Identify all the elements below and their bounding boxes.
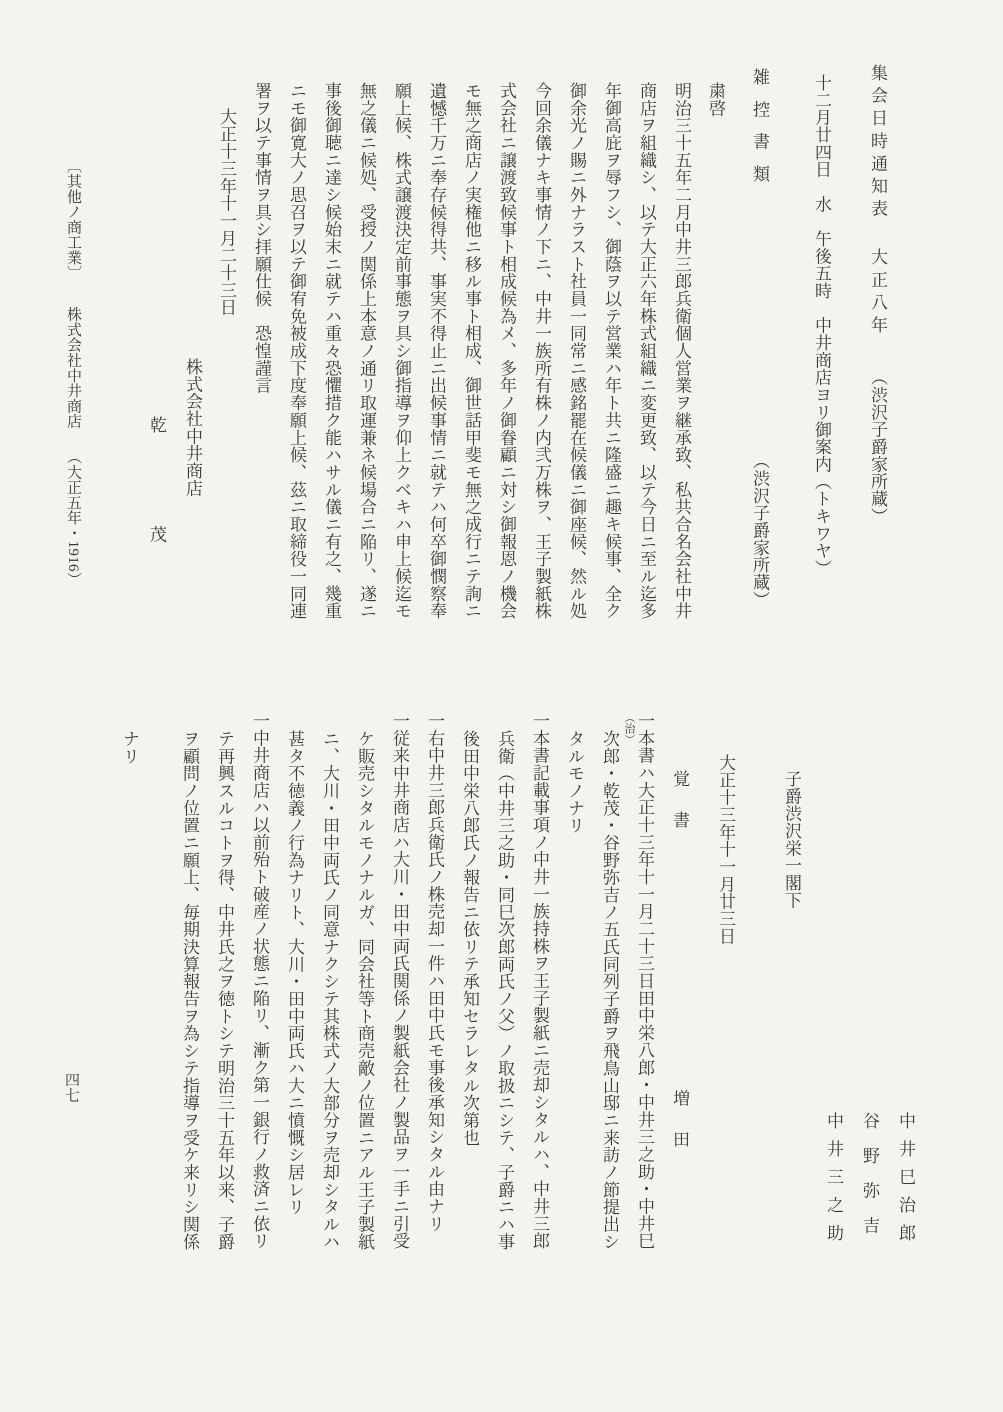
doc1-body-text: 願上候、株式譲渡決定前事態ヲ具シ御指導ヲ仰上クベキハ申上候迄モ — [392, 82, 411, 620]
doc2-item-line: 甚タ不徳義ノ行為ナリト、大川・田中両氏ハ大ニ憤慨シ居レリ — [284, 710, 304, 1375]
doc2-item-line: 一本書ハ大正十三年十一月二十三日田中栄八郎・中井三之助・中井巳 — [634, 710, 654, 1375]
doc2-item-text: ヲ顧問ノ位置ニ願上、毎期決算報告ヲ為シテ指導ヲ受ケ来リシ関係 — [180, 730, 199, 1250]
doc1-signature-company-text: 株式会社中井商店 — [183, 358, 202, 497]
doc1-body-text: 商店ヲ組織シ、以テ大正六年株式組織ニ変更致、以テ今日ニ至ル迄多 — [637, 82, 656, 620]
margin-caption-year: （大正五年・1916） — [65, 449, 81, 587]
doc1-signer-given-name: 茂 — [147, 525, 166, 542]
doc1-body-text: 無之儀ニ候処、受授ノ関係上本意ノ通リ取運兼ネ候場合ニ陥リ、遂ニ — [357, 82, 376, 620]
doc2-signatory-name: 中井三之助 — [824, 1112, 843, 1252]
doc1-body-line: 今回余儀ナキ事情ノ下ニ、中井一族所有株ノ内弐万株ヲ、王子製紙株 — [531, 62, 551, 712]
doc2-addressee: 子爵渋沢栄一閣下 — [781, 710, 801, 1375]
doc1-body-text: ニモ御寛大ノ思召ヲ以テ御宥免被成下度奉願上候、茲ニ取締役一同連 — [287, 82, 306, 620]
doc1-body-line: 商店ヲ組織シ、以テ大正六年株式組織ニ変更致、以テ今日ニ至ル迄多 — [636, 62, 656, 712]
doc1-subtitle: 雑控書類 — [750, 68, 769, 197]
doc1-body-line: 遺憾千万ニ奉存候得共、事実不得止ニ出候事情ニ就テハ何卒御憫察奉 — [426, 62, 446, 712]
doc1-body-line: 式会社ニ譲渡致候事ト相成候為メ、多年ノ御眷顧ニ対シ御報恩ノ機会 — [496, 62, 516, 712]
doc2-item-line: テ再興スルコトヲ得、中井氏之ヲ徳トシテ明治三十五年以来、子爵 — [214, 710, 234, 1375]
doc1-body-line: モ無之商店ノ実権他ニ移ル事ト相成、御世話甲斐モ無之成行ニテ詢ニ — [461, 62, 481, 712]
doc1-salutation: 粛啓 — [705, 62, 725, 712]
doc1-body-text: 今回余儀ナキ事情ノ下ニ、中井一族所有株ノ内弐万株ヲ、王子製紙株 — [532, 82, 551, 620]
doc1-salutation-text: 粛啓 — [706, 82, 725, 117]
doc2-signatory: 中井巳治郎 — [895, 710, 915, 1375]
margin-caption-category: 〔其他ノ商工業〕 — [65, 158, 81, 280]
doc2-memo-heading: 覚書増田 — [669, 710, 689, 1375]
doc1-signature-name: 乾茂 — [146, 62, 166, 712]
doc1-body-line: 年御高庇ヲ辱フシ、御蔭ヲ以テ営業ハ年ト共ニ隆盛ニ趣キ候事、全ク — [601, 62, 621, 712]
doc2-item-line: ヲ顧問ノ位置ニ願上、毎期決算報告ヲ為シテ指導ヲ受ケ来リシ関係 — [179, 710, 199, 1375]
page-number-text: 四七 — [63, 1072, 79, 1103]
doc1-body-text: 御余光ノ賜ニ外ナラスト社員一同常ニ感銘罷在候儀ニ御座候、然ル処 — [567, 82, 586, 620]
doc1-body-text: 事後御聴ニ達シ候始末ニ就テハ重々恐懼措ク能ハサル儀ニ有之、幾重 — [322, 82, 341, 620]
doc2-item-text: テ再興スルコトヲ得、中井氏之ヲ徳トシテ明治三十五年以来、子爵 — [215, 730, 234, 1250]
doc1-title-line: 集会日時通知表大正八年（渋沢子爵家所蔵） — [867, 62, 887, 712]
doc2-item-line: 一右中井三郎兵衛氏ノ株売却一件ハ田中氏モ事後承知シタル由ナリ — [424, 710, 444, 1375]
doc1-body-text: モ無之商店ノ実権他ニ移ル事ト相成、御世話甲斐モ無之成行ニテ詢ニ — [462, 82, 481, 620]
document-top-letter: 集会日時通知表大正八年（渋沢子爵家所蔵） 十二月廿四日 水 午後五時 中井商店ヨ… — [131, 62, 887, 712]
doc1-body-line: ニモ御寛大ノ思召ヲ以テ御宥免被成下度奉願上候、茲ニ取締役一同連 — [286, 62, 306, 712]
doc2-item-text: 甚タ不徳義ノ行為ナリト、大川・田中両氏ハ大ニ憤慨シ居レリ — [285, 730, 304, 1216]
doc2-item-text: 一従来中井商店ハ大川・田中両氏関係ノ製紙会社ノ製品ヲ一手ニ引受 — [390, 712, 409, 1250]
doc2-item-text: タルモノナリ — [565, 730, 584, 834]
doc2-date-text: 大正十三年十一月廿三日 — [716, 754, 735, 945]
doc2-item-line: 一中井商店ハ以前殆ト破産ノ状態ニ陥リ、漸ク第一銀行ノ救済ニ依リ — [249, 710, 269, 1375]
page-number: 四七 — [62, 1072, 79, 1103]
doc1-body-text: 年御高庇ヲ辱フシ、御蔭ヲ以テ営業ハ年ト共ニ隆盛ニ趣キ候事、全ク — [602, 82, 621, 620]
doc1-body-text: 式会社ニ譲渡致候事ト相成候為メ、多年ノ御眷顧ニ対シ御報恩ノ機会 — [497, 82, 516, 620]
doc1-body-line: 御余光ノ賜ニ外ナラスト社員一同常ニ感銘罷在候儀ニ御座候、然ル処 — [566, 62, 586, 712]
doc1-schedule-line: 十二月廿四日 水 午後五時 中井商店ヨリ御案内（トキワヤ） — [811, 62, 831, 712]
doc1-body-text: 明治三十五年二月中井三郎兵衛個人営業ヲ継承致、私共合名会社中井 — [672, 82, 691, 620]
doc2-addressee-text: 子爵渋沢栄一閣下 — [782, 770, 801, 909]
doc2-item-line: タルモノナリ — [564, 710, 584, 1375]
doc2-item-text: ナリ — [120, 730, 139, 765]
doc2-signatory-name: 谷野弥吉 — [860, 1112, 879, 1251]
doc2-item-line: 一従来中井商店ハ大川・田中両氏関係ノ製紙会社ノ製品ヲ一手ニ引受 — [389, 710, 409, 1375]
doc1-subtitle-provenance: （渋沢子爵家所蔵） — [750, 452, 769, 608]
doc2-item-line: （治）次郎・乾茂・谷野弥吉ノ五氏同列子爵ヲ飛鳥山邸ニ来訪ノ節提出シ — [599, 710, 619, 1375]
doc2-date: 大正十三年十一月廿三日 — [715, 710, 735, 1375]
doc2-item-text: 一本書ハ大正十三年十一月二十三日田中栄八郎・中井三之助・中井巳 — [635, 712, 654, 1250]
doc1-closing-line: 署ヲ以テ事情ヲ具シ拝願仕候 恐惶謹言 — [251, 62, 271, 712]
doc1-subtitle-line: 雑控書類（渋沢子爵家所蔵） — [749, 62, 769, 712]
doc1-body-line: 事後御聴ニ達シ候始末ニ就テハ重々恐懼措ク能ハサル儀ニ有之、幾重 — [321, 62, 341, 712]
doc1-body-line: 願上候、株式譲渡決定前事態ヲ具シ御指導ヲ仰上クベキハ申上候迄モ — [391, 62, 411, 712]
doc2-item-text: 兵衛（中井三之助・同巳次郎両氏ノ父）ノ取扱ニシテ、子爵ニハ事 — [495, 730, 514, 1250]
doc1-signature-company: 株式会社中井商店 — [182, 62, 202, 712]
doc2-item-line: 兵衛（中井三之助・同巳次郎両氏ノ父）ノ取扱ニシテ、子爵ニハ事 — [494, 710, 514, 1375]
scanned-page: { "page": { "page_number": "四七", "margin… — [0, 0, 1003, 1412]
doc1-title: 集会日時通知表 — [868, 64, 887, 222]
doc2-item-text: 一右中井三郎兵衛氏ノ株売却一件ハ田中氏モ事後承知シタル由ナリ — [425, 712, 444, 1232]
document-bottom-memo: 中井巳治郎 谷野弥吉 中井三之助 子爵渋沢栄一閣下 大正十三年十一月廿三日 覚書… — [104, 710, 915, 1375]
doc1-schedule-text: 十二月廿四日 水 午後五時 中井商店ヨリ御案内（トキワヤ） — [812, 74, 831, 577]
doc2-memo-author: 増田 — [670, 1090, 689, 1172]
doc2-signatory-name: 中井巳治郎 — [896, 1112, 915, 1252]
doc2-item-line: ニ、大川・田中両氏ノ同意ナクシテ其株式ノ大部分ヲ売却シタルハ — [319, 710, 339, 1375]
margin-caption: 〔其他ノ商工業〕株式会社中井商店（大正五年・1916） — [64, 158, 82, 587]
doc2-correction-note: （治） — [623, 712, 634, 745]
doc1-closing-text: 署ヲ以テ事情ヲ具シ拝願仕候 恐惶謹言 — [252, 82, 271, 394]
doc2-item-text: 次郎・乾茂・谷野弥吉ノ五氏同列子爵ヲ飛鳥山邸ニ来訪ノ節提出シ — [600, 730, 619, 1250]
doc1-body-line: 明治三十五年二月中井三郎兵衛個人営業ヲ継承致、私共合名会社中井 — [671, 62, 691, 712]
doc2-item-line: ケ販売シタルモノナルガ、同会社等ト商売敵ノ位置ニアル王子製紙 — [354, 710, 374, 1375]
doc2-item-text: 一中井商店ハ以前殆ト破産ノ状態ニ陥リ、漸ク第一銀行ノ救済ニ依リ — [250, 712, 269, 1250]
doc1-provenance: （渋沢子爵家所蔵） — [868, 369, 887, 525]
doc2-memo-title: 覚書 — [670, 770, 689, 852]
doc2-item-text: 後田中栄八郎氏ノ報告ニ依リテ承知セラレタル次第也 — [460, 730, 479, 1146]
doc2-signatory: 中井三之助 — [823, 710, 843, 1375]
doc2-item-text: ニ、大川・田中両氏ノ同意ナクシテ其株式ノ大部分ヲ売却シタルハ — [320, 730, 339, 1250]
doc1-body-line: 無之儀ニ候処、受授ノ関係上本意ノ通リ取運兼ネ候場合ニ陥リ、遂ニ — [356, 62, 376, 712]
margin-caption-company: 株式会社中井商店 — [65, 306, 81, 428]
doc2-item-line: 後田中栄八郎氏ノ報告ニ依リテ承知セラレタル次第也 — [459, 710, 479, 1375]
doc1-signer-surname: 乾 — [147, 416, 166, 433]
doc2-item-line: 一本書記載事項ノ中井一族持株ヲ王子製紙ニ売却シタルハ、中井三郎 — [529, 710, 549, 1375]
doc1-date-text: 大正十三年十一月二十三日 — [217, 108, 236, 316]
doc1-era: 大正八年 — [868, 248, 887, 338]
doc2-item-text: ケ販売シタルモノナルガ、同会社等ト商売敵ノ位置ニアル王子製紙 — [355, 730, 374, 1250]
doc2-item-text: 一本書記載事項ノ中井一族持株ヲ王子製紙ニ売却シタルハ、中井三郎 — [530, 712, 549, 1250]
doc1-date: 大正十三年十一月二十三日 — [216, 62, 236, 712]
doc2-item-line: ナリ — [119, 710, 139, 1375]
doc2-signatory: 谷野弥吉 — [859, 710, 879, 1375]
doc1-body-text: 遺憾千万ニ奉存候得共、事実不得止ニ出候事情ニ就テハ何卒御憫察奉 — [427, 82, 446, 620]
